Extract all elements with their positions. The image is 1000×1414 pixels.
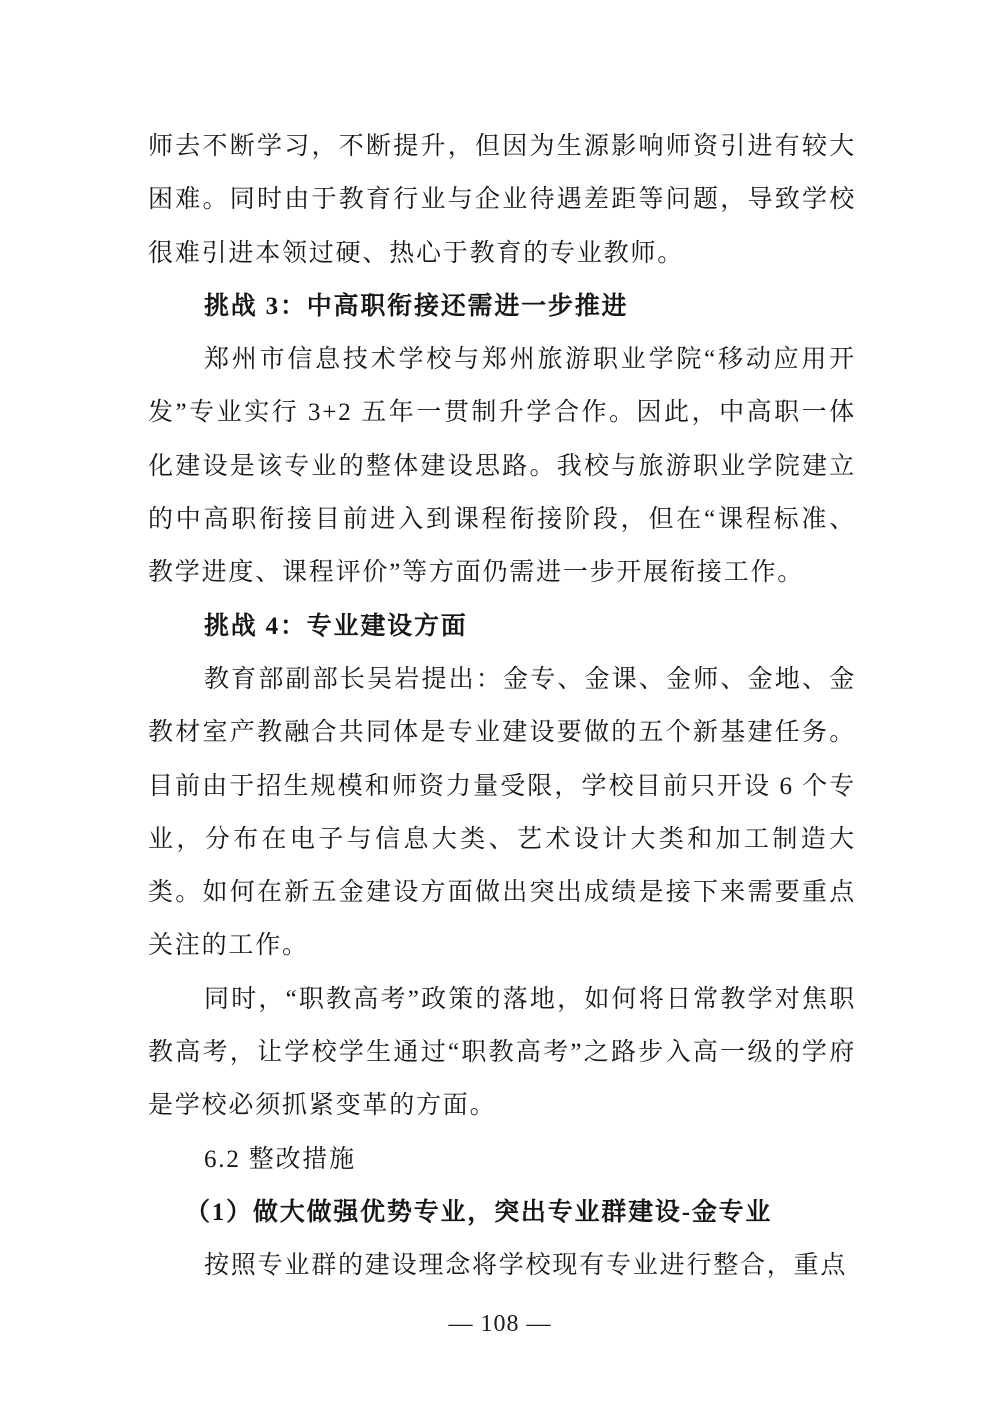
page-number: — 108 — bbox=[449, 1311, 552, 1337]
paragraph-major-construction: 教育部副部长吴岩提出：金专、金课、金师、金地、金教材室产教融合共同体是专业建设要… bbox=[148, 653, 856, 973]
heading-challenge-3: 挑战 3：中高职衔接还需进一步推进 bbox=[148, 280, 856, 333]
paragraph-zhonggaozhi-cohesion: 郑州市信息技术学校与郑州旅游职业学院“移动应用开发”专业实行 3+2 五年一贯制… bbox=[148, 333, 856, 599]
paragraph-teacher-recruitment: 师去不断学习，不断提升，但因为生源影响师资引进有较大困难。同时由于教育行业与企业… bbox=[148, 120, 856, 280]
heading-section-6-2: 6.2 整改措施 bbox=[148, 1133, 856, 1186]
page-footer: — 108 — bbox=[0, 1302, 1000, 1347]
document-page: 师去不断学习，不断提升，但因为生源影响师资引进有较大困难。同时由于教育行业与企业… bbox=[0, 0, 1000, 1414]
document-body: 师去不断学习，不断提升，但因为生源影响师资引进有较大困难。同时由于教育行业与企业… bbox=[148, 120, 856, 1293]
heading-measure-1: （1）做大做强优势专业，突出专业群建设-金专业 bbox=[148, 1186, 856, 1239]
paragraph-vocational-exam: 同时，“职教高考”政策的落地，如何将日常教学对焦职教高考，让学校学生通过“职教高… bbox=[148, 973, 856, 1133]
paragraph-major-group-integration: 按照专业群的建设理念将学校现有专业进行整合，重点 bbox=[148, 1239, 856, 1292]
heading-challenge-4: 挑战 4：专业建设方面 bbox=[148, 600, 856, 653]
